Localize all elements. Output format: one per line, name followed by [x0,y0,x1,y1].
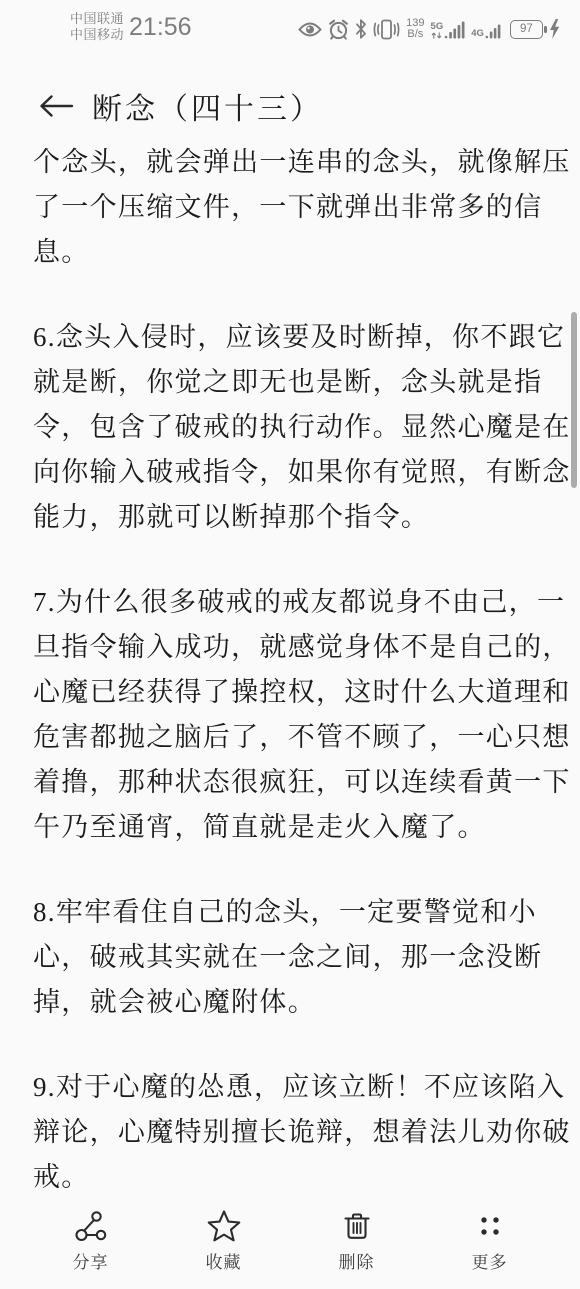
text-line: 辩论，心魔特别擅长诡辩，想着法儿劝你破 [33,1110,547,1155]
text-line: 午乃至通宵，简直就是走火入魔了。 [33,805,547,850]
carrier-secondary: 中国移动 [70,27,124,43]
network-speed-unit: B/s [407,29,423,41]
signal-4g: 4G [471,20,504,39]
text-line: 了一个压缩文件，一下就弹出非常多的信 [33,185,547,230]
bluetooth-icon [355,19,367,39]
signal-bars-icon [444,20,465,39]
text-line: 危害都抛之脑后了，不管不顾了，一心只想 [33,715,547,760]
more-button[interactable]: 更多 [423,1209,556,1279]
battery-indicator: 97 [510,19,560,39]
status-left-group: 中国联通 中国移动 21:56 [70,9,192,45]
status-right-group: 139 B/s 5G 4G [298,10,560,48]
share-icon [74,1209,108,1243]
text-line: 6.念头入侵时，应该要及时断掉，你不跟它 [33,315,547,360]
back-arrow-icon [38,93,74,119]
text-line: 掉，就会被心魔附体。 [33,980,547,1025]
bottom-toolbar: 分享 收藏 删除 更多 [0,1203,580,1289]
paragraph: 7.为什么很多破戒的戒友都说身不由己，一 旦指令输入成功，就感觉身体不是自己的，… [33,580,547,850]
signal-4g-label: 4G [471,29,484,39]
text-line: 令，包含了破戒的执行动作。显然心魔是在 [33,405,547,450]
favorite-button[interactable]: 收藏 [157,1209,290,1279]
battery-nub [544,26,547,33]
text-line: 向你输入破戒指令，如果你有觉照，有断念 [33,450,547,495]
clock-time: 21:56 [129,9,192,45]
scrollbar-thumb[interactable] [571,312,577,488]
text-line: 7.为什么很多破戒的戒友都说身不由己，一 [33,580,547,625]
note-content: 个念头，就会弹出一连串的念头，就像解压 了一个压缩文件，一下就弹出非常多的信 息… [33,140,547,1200]
page-header: 断念（四十三） [38,82,560,130]
favorite-label: 收藏 [206,1248,242,1273]
data-arrows-icon [431,32,442,39]
carrier-primary: 中国联通 [70,11,124,27]
delete-label: 删除 [339,1248,375,1273]
text-line: 心魔已经获得了操控权，这时什么大道理和 [33,670,547,715]
signal-5g-label: 5G [431,22,444,32]
text-line: 能力，那就可以断掉那个指令。 [33,495,547,540]
paragraph: 9.对于心魔的怂恿，应该立断！不应该陷入 辩论，心魔特别擅长诡辩，想着法儿劝你破… [33,1065,547,1200]
battery-percent: 97 [510,20,543,39]
alarm-icon [328,19,349,40]
charging-bolt-icon [549,19,560,39]
text-line: 着撸，那种状态很疯狂，可以连续看黄一下 [33,760,547,805]
text-line: 8.牢牢看住自己的念头，一定要警觉和小 [33,890,547,935]
text-line: 9.对于心魔的怂恿，应该立断！不应该陷入 [33,1065,547,1110]
trash-icon [340,1209,374,1243]
status-bar: 中国联通 中国移动 21:56 [0,0,580,56]
vibrate-icon [373,19,400,40]
carrier-names: 中国联通 中国移动 [70,11,124,43]
paragraph: 6.念头入侵时，应该要及时断掉，你不跟它 就是断，你觉之即无也是断，念头就是指 … [33,315,547,540]
text-line: 个念头，就会弹出一连串的念头，就像解压 [33,140,547,185]
paragraph: 个念头，就会弹出一连串的念头，就像解压 了一个压缩文件，一下就弹出非常多的信 息… [33,140,547,275]
text-line: 心，破戒其实就在一念之间，那一念没断 [33,935,547,980]
network-speed: 139 B/s [406,18,424,41]
delete-button[interactable]: 删除 [290,1209,423,1279]
eye-protection-icon [298,21,322,38]
star-icon [206,1209,242,1243]
back-button[interactable] [38,86,78,126]
more-dots-icon [473,1209,507,1243]
share-label: 分享 [73,1248,109,1273]
paragraph: 8.牢牢看住自己的念头，一定要警觉和小 心，破戒其实就在一念之间，那一念没断 掉… [33,890,547,1025]
text-line: 旦指令输入成功，就感觉身体不是自己的， [33,625,547,670]
text-line: 息。 [33,230,547,275]
share-button[interactable]: 分享 [24,1209,157,1279]
text-line: 戒。 [33,1155,547,1200]
signal-bars-icon [485,20,504,39]
page-title: 断念（四十三） [92,84,323,128]
signal-5g: 5G [431,20,466,39]
text-line: 就是断，你觉之即无也是断，念头就是指 [33,360,547,405]
more-label: 更多 [472,1248,508,1273]
